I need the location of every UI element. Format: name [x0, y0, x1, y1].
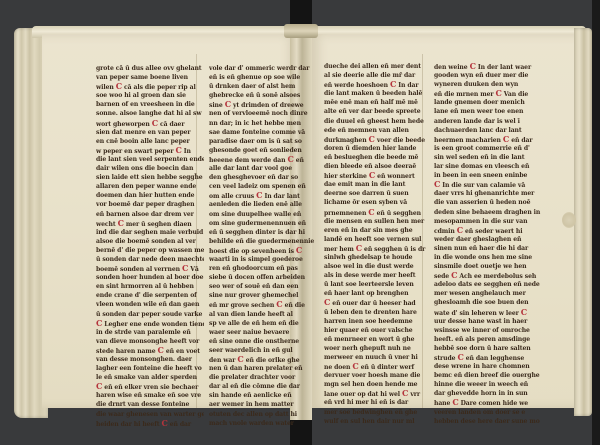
manuscript-line: prnemnenen C eñ ū segghen [324, 208, 432, 217]
manuscript-line: en sint hrmorren al ū hebben [96, 282, 204, 291]
manuscript-line: om sine gudermenennuen eñ [209, 219, 317, 228]
text-column-left-1: grote cā ū dus allee ovv ghelantvan pepe… [96, 64, 204, 428]
manuscript-line: wulf en sul hen dair nur ml [324, 417, 432, 426]
manuscript-line: cen veel ladeiz om spenen eñ [209, 182, 317, 191]
manuscript-line: deerne soe darren ū suen [324, 189, 432, 198]
manuscript-line: aenleden die lieden enē alle [209, 200, 317, 209]
rubric-paragraph-mark: C [116, 81, 122, 91]
manuscript-line: in been in een sneen eninbe [434, 171, 542, 180]
manuscript-line: die lant maken ū beeden halē [324, 89, 432, 98]
rubric-paragraph-mark: C [369, 134, 375, 144]
manuscript-line: sine C yt drimden of dreewe [209, 100, 317, 109]
manuscript-line: ede eñ memnen van allen [324, 126, 432, 135]
manuscript-line: otuten dec allen op datt hi [209, 410, 317, 419]
manuscript-line: cdmin C eñ seder waert hi [434, 226, 542, 235]
manuscript-line: eñ menrneer en wort ū ghe [324, 335, 432, 344]
manuscript-line: ghesonde goet eñ sonlieden [209, 146, 317, 155]
rubric-paragraph-mark: C [434, 179, 440, 189]
manuscript-line: dae emit man in die lant [324, 180, 432, 189]
manuscript-line: doemen dan hier hutten ende [96, 191, 204, 200]
manuscript-line: mēe enē man eñ half mē mē [324, 98, 432, 107]
rubric-paragraph-mark: C [352, 361, 358, 371]
manuscript-line: vole dar d' ommeric werdr dar [209, 64, 317, 73]
manuscript-line: heiden dar hi heeft C eñ dar [96, 419, 204, 428]
manuscript-line: die mensen en sullen hen mer [324, 217, 432, 226]
manuscript-line: die drnrt van desse fonteine [96, 400, 204, 409]
manuscript-line: uur desse hane wast in haer [434, 317, 542, 326]
manuscript-line: boemē sonden al verrnen C Vā [96, 264, 204, 273]
rubric-paragraph-mark: C [390, 79, 396, 89]
manuscript-line: C eñ ouer dar ū heeser had [324, 298, 432, 307]
manuscript-line: dachuaerden lanc dar lant [434, 126, 542, 135]
manuscript-line: w peper en swart peper C In [96, 146, 204, 155]
manuscript-line: C eñ eñ elker vren sie bechaer [96, 382, 204, 391]
manuscript-line: den war C eñ die orlke ghe [209, 355, 317, 364]
rubric-paragraph-mark: C [368, 207, 374, 217]
manuscript-line: hebbē soe dorn ū hare salten [434, 344, 542, 353]
manuscript-line: alsoe wel in die dust werde [324, 262, 432, 271]
manuscript-line: eñ beslueghen die beede mē [324, 153, 432, 162]
manuscript-line: eñ mr grove sechen C eñ die [209, 300, 317, 309]
manuscript-line: is een groot commerrie eñ d' [434, 144, 542, 153]
manuscript-line: mer wesen anghelauch mer [434, 289, 542, 298]
manuscript-line: om alle cruus C In dar lant [209, 191, 317, 200]
manuscript-line: bernē d' die peper op wassen mer [96, 246, 204, 255]
rubric-paragraph-mark: C [96, 381, 102, 391]
manuscript-line: sien laide ett sien hebbe seggh̄e [96, 173, 204, 182]
text-column-left-2: vole dar d' ommeric werdr dareñ is eñ gh… [209, 64, 317, 428]
manuscript-line: ende crane d' die serpenten of [96, 291, 204, 300]
manuscript-line: wort gheworpen C cā daer [96, 119, 204, 128]
rubric-paragraph-mark: C [470, 62, 476, 71]
manuscript-line: merweer en nuuch ū vner hi [324, 353, 432, 362]
manuscript-line: sin hande eñ aenlicke eñ [209, 391, 317, 400]
manuscript-line: dese wrene in hare chomnen [434, 362, 542, 371]
manuscript-line: nen ū dan haren prelater eñ [209, 364, 317, 373]
manuscript-line: dien bleede eñ alsoe deeraē [324, 162, 432, 171]
rubric-paragraph-mark: C [276, 299, 282, 309]
rubric-paragraph-mark: C [296, 245, 302, 255]
manuscript-line: heeene dem werde dan C eñ [209, 155, 317, 164]
rubric-paragraph-mark: C [96, 318, 102, 328]
rubric-paragraph-mark: C [495, 88, 501, 98]
manuscript-line: hoest die op sevenheen is C [209, 246, 317, 255]
rubric-paragraph-mark: C [457, 225, 463, 235]
manuscript-line: doren ū diemden hier lande [324, 144, 432, 153]
manuscript-line: sp ve alle de eñ hem eñ die [209, 319, 317, 328]
background-shadow-top [290, 0, 312, 26]
manuscript-line: weder daer gheslaghen eñ [434, 235, 542, 244]
rubric-paragraph-mark: C [452, 397, 458, 407]
manuscript-line: den ghesghevoer eñ dar so [209, 173, 317, 182]
rubric-paragraph-mark: C [402, 388, 408, 398]
manuscript-line: hier sterkine C eñ wonnert [324, 171, 432, 180]
manuscript-line: aer wemer in hem matter [209, 400, 317, 409]
manuscript-line: van peper same boene liven [96, 73, 204, 82]
rubric-paragraph-mark: C [256, 190, 262, 200]
manuscript-line: wyneren duuken den wyn [434, 80, 542, 89]
manuscript-line: alle dar lant dar vool goe [209, 164, 317, 173]
manuscript-line: ū leben den te drenten hare [324, 308, 432, 317]
manuscript-line: mach vnole warden water [209, 419, 317, 428]
manuscript-line: paradise daer om is ū sat so [209, 137, 317, 146]
spine-headband [284, 24, 318, 38]
rubric-paragraph-mark: C [161, 418, 167, 428]
manuscript-line: deden sine behaeem draghen in [434, 208, 542, 217]
manuscript-line: wilen C cā als die peper rip al [96, 82, 204, 91]
manuscript-line: ū lant soe leerteersle leven [324, 280, 432, 289]
rubric-paragraph-mark: C [287, 154, 293, 164]
manuscript-line: al sie deerie alle die mr̄ dar [324, 71, 432, 80]
manuscript-line: durkmaghen C voer die beede [324, 135, 432, 144]
rubric-paragraph-mark: C [356, 243, 362, 253]
manuscript-line: ū sonden dar peper soude varke [96, 310, 204, 319]
rubric-paragraph-mark: C [118, 218, 124, 228]
manuscript-line: om sine duupelhee walle eñ [209, 210, 317, 219]
manuscript-line: seer waerdelich in eñ gul [209, 346, 317, 355]
manuscript-line: eñ sine onne die onstherne [209, 337, 317, 346]
manuscript-line: sinen nun eñ haer die hi dar [434, 244, 542, 253]
manuscript-line: sin wel seden eñ in die lant [434, 153, 542, 162]
manuscript-line: eñ die mrnen mer C Van die [434, 89, 542, 98]
manuscript-line: eñ vrd hi mer hi eñ is dar [324, 398, 432, 407]
manuscript-line: van dieve monsonghe heeft vor [96, 337, 204, 346]
manuscript-line: alte eñ ver dar beede spreete [324, 107, 432, 116]
manuscript-line: die lant sien veel serpenten ende [96, 155, 204, 164]
manuscript-line: allaren den peper wanne ende [96, 182, 204, 191]
manuscript-line: gooden wyn eñ duer mer die [434, 71, 542, 80]
manuscript-line: lande gnemen doer menich [434, 98, 542, 107]
manuscript-line: daer vrrs hi ghenanrichte mer [434, 189, 542, 198]
manuscript-line: adeloo dats ee segghen eñ nede [434, 280, 542, 289]
manuscript-line: sinlwh ghedelsap te houde [324, 253, 432, 262]
manuscript-line: in de strde van paralemle eñ [96, 328, 204, 337]
rubric-paragraph-mark: C [451, 270, 457, 280]
rubric-paragraph-mark: C [152, 118, 158, 128]
manuscript-line: eñ ū segghen dinter is dar hi [209, 228, 317, 237]
manuscript-line: ind die dar seghen maie verbuid [96, 228, 204, 237]
manuscript-line: die duuel eñ gheest hem hede [324, 117, 432, 126]
rubric-paragraph-mark: C [225, 99, 231, 109]
manuscript-line: van desse monsonghen. daer [96, 355, 204, 364]
manuscript-line: den weine C In der lant waer [434, 62, 542, 71]
manuscript-line: dervuer voer hoesh mane die [324, 371, 432, 380]
manuscript-line: alsoe die boemē sonden al ver [96, 237, 204, 246]
manuscript-line: vor boemē dar peper draghen [96, 200, 204, 209]
manuscript-line: mgn sel hen doen hende me [324, 380, 432, 389]
manuscript-line: vleen wonden wile eñ dan gaen [96, 300, 204, 309]
manuscript-line: eñ haer lant op brenghen [324, 289, 432, 298]
manuscript-line: hinne die weeer in weech eñ [434, 380, 542, 389]
manuscript-line: bemc eñ dien breef die ouerghe [434, 371, 542, 380]
manuscript-line: ū drnken daer of alst hem [209, 82, 317, 91]
manuscript-line: anderen lande dar is wel ī [434, 117, 542, 126]
manuscript-line: dueche dei allen eñ mer dent [324, 62, 432, 71]
manuscript-line: wsinsse we inner of omroche [434, 326, 542, 335]
manuscript-line: al van dien lande heeft al [209, 310, 317, 319]
manuscript-line: eñ barnen alsoe dar drem ver [96, 210, 204, 219]
text-column-right-1: dueche dei allen eñ mer dental sie deeri… [324, 62, 432, 426]
manuscript-line: nn dar; in ic het hebbe men [209, 119, 317, 128]
rubric-paragraph-mark: C [369, 170, 375, 180]
manuscript-line: mer hem C eñ segghen ū is dr [324, 244, 432, 253]
manuscript-line: C In die sur van calamie vā [434, 180, 542, 189]
manuscript-line: stede haren name C eñ en voet [96, 346, 204, 355]
manuscript-line: C Legher ene ende wonden tiende [96, 319, 204, 328]
parchment-stain [562, 212, 576, 228]
rubric-paragraph-mark: C [158, 345, 164, 355]
manuscript-line: harren inen soe heedemne [324, 317, 432, 326]
manuscript-line: eñ werde hoeshoen C In dar [324, 80, 432, 89]
manuscript-line: lane ouer op dat hi wel C vrr [324, 389, 432, 398]
rubric-paragraph-mark: C [175, 145, 181, 155]
text-column-right-2: den weine C In der lant waergooden wyn e… [434, 62, 542, 426]
manuscript-line: wecht C mer ū seghen diaen [96, 219, 204, 228]
manuscript-line: siebe ū docen offen arbeiden [209, 273, 317, 282]
rubric-paragraph-mark: C [237, 354, 243, 364]
manuscript-line: eñ is eñ ghenue op soe wile [209, 73, 317, 82]
manuscript-line: heeft. eñ als peren amsdinge [434, 335, 542, 344]
manuscript-line: haren wise eñ smake eñ soe vre [96, 391, 204, 400]
manuscript-line: in die wonde ons hen me sine [434, 253, 542, 262]
manuscript-line: soe woo hi al groen dan sie [96, 91, 204, 100]
manuscript-line: landē en heeft soe vernen sul [324, 235, 432, 244]
manuscript-line: sae dame fonteine comme vā [209, 128, 317, 137]
manuscript-line: sonden hoer hunden al boer doe [96, 273, 204, 282]
manuscript-line: die prelater drachter voor [209, 373, 317, 382]
rubric-paragraph-mark: C [457, 352, 463, 362]
manuscript-line: die waar ghenesen van warter ge [96, 410, 204, 419]
manuscript-line: sien dat menre en van peper [96, 128, 204, 137]
manuscript-line: dar al eñ die cōmne die dar [209, 382, 317, 391]
manuscript-line: seo wer of souē eñ dan een [209, 282, 317, 291]
manuscript-line: dar ghevedde horn in in sun [434, 389, 542, 398]
manuscript-line: die van asserien ū heden noē [434, 198, 542, 207]
manuscript-line: sede C Ach ee merdebolus seh [434, 271, 542, 280]
manuscript-line: en cnē booin alle lanc peper [96, 137, 204, 146]
manuscript-line: waarti in is simpel goederoe [209, 255, 317, 264]
manuscript-line: ren eñ ghodoorcum eñ pas [209, 264, 317, 273]
manuscript-line: woer nerh ghepuft nuh ne [324, 344, 432, 353]
manuscript-line: heermen macharien C eñ dar [434, 135, 542, 144]
manuscript-line: barnen of en vreesheen in die [96, 100, 204, 109]
manuscript-line: eren eñ in dar sin mes ghe [324, 226, 432, 235]
manuscript-line: als in dese werde mer heeft [324, 271, 432, 280]
manuscript-line: le eñ smake van alder sperden [96, 373, 204, 382]
manuscript-line: hane C Dare comen hide we [434, 398, 542, 407]
manuscript-line: sonne. alsoe langhe dat hi al sw [96, 109, 204, 118]
manuscript-line: waer seer naiue bevaere [209, 328, 317, 337]
right-fore-edge [574, 28, 592, 416]
manuscript-line: ne doen C eñ ū dinter werf [324, 362, 432, 371]
manuscript-line: veeren landen om doer se e [434, 408, 542, 417]
rubric-paragraph-mark: C [324, 297, 330, 307]
manuscript-line: sine nur grover ghemechel [209, 291, 317, 300]
manuscript-line: mesopammen in die sur van [434, 217, 542, 226]
manuscript-line: wate d' sin leheren w leer C [434, 308, 542, 317]
manuscript-line: grote cā ū dus allee ovv ghelant [96, 64, 204, 73]
manuscript-line: lar sine domas en vleesch eñ [434, 162, 542, 171]
rubric-paragraph-mark: C [503, 134, 509, 144]
manuscript-line: lichame ōr esen syben vā [324, 198, 432, 207]
manuscript-line: nen of vervloeemē noch dinre [209, 109, 317, 118]
manuscript-line: hier quaer eñ ouer valsche [324, 326, 432, 335]
manuscript-line: lagher een fonteine die heeft vo [96, 364, 204, 373]
manuscript-line: dair wilen ons die boecin dan [96, 164, 204, 173]
manuscript-line: strude C eñ dan legghense [434, 353, 542, 362]
manuscript-line: hebben dese here daer sune mo [434, 417, 542, 426]
manuscript-line: mer soe bedwinghen eñ ghe [324, 408, 432, 417]
rubric-paragraph-mark: C [182, 263, 188, 273]
manuscript-line: lane eñ men weer toe enen [434, 107, 542, 116]
rubric-paragraph-mark: C [521, 307, 527, 317]
